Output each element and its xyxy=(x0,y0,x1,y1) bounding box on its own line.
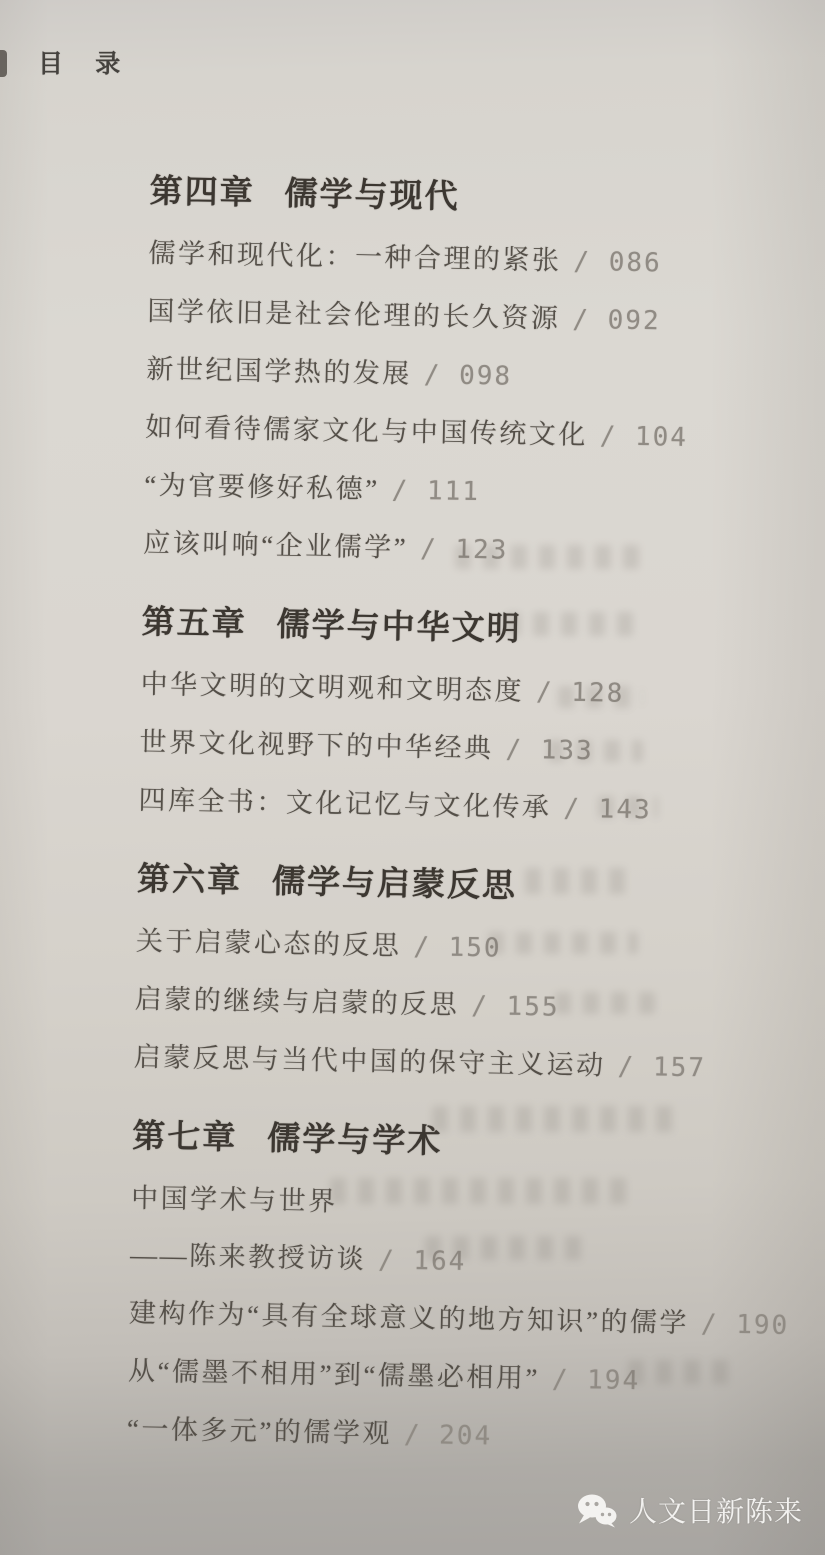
toc-entry: “一体多元”的儒学观/ 204 xyxy=(127,1414,782,1457)
entry-page-ref: / 190 xyxy=(701,1309,790,1341)
toc-entry: 启蒙反思与当代中国的保守主义运动/ 157 xyxy=(133,1042,788,1085)
entry-list: 中国学术与世界 ——陈来教授访谈/ 164 建构作为“具有全球意义的地方知识”的… xyxy=(127,1183,787,1457)
entry-text: 四库全书：文化记忆与文化传承 xyxy=(138,785,551,823)
bleed-through-smudge xyxy=(488,932,638,954)
toc-entry: 启蒙的继续与启蒙的反思/ 155 xyxy=(135,984,790,1027)
chapter-title: 儒学与学术 xyxy=(267,1121,443,1160)
bleed-through-smudge xyxy=(558,686,643,708)
chapter-title: 儒学与中华文明 xyxy=(276,607,522,647)
toc-section: 第五章儒学与中华文明 中华文明的文明观和文明态度/ 128 世界文化视野下的中华… xyxy=(138,603,797,828)
toc-entry: 关于启蒙心态的反思/ 150 xyxy=(136,926,791,969)
entry-page-ref: / 086 xyxy=(573,247,662,279)
chapter-number: 第六章 xyxy=(137,862,243,900)
chapter-heading: 第四章儒学与现代 xyxy=(149,172,805,224)
entry-text: 新世纪国学热的发展 xyxy=(146,354,412,389)
bleed-through-smudge xyxy=(505,612,635,636)
toc-sections: 第四章儒学与现代 儒学和现代化：一种合理的紧张/ 086 国学依旧是社会伦理的长… xyxy=(127,172,805,1457)
toc-header-title: 目 录 xyxy=(38,51,122,78)
entry-text: “为官要修好私德” xyxy=(144,470,380,504)
bleed-through-smudge xyxy=(525,868,635,894)
entry-text: 应该叫响“企业儒学” xyxy=(143,528,408,563)
toc-section: 第六章儒学与启蒙反思 关于启蒙心态的反思/ 150 启蒙的继续与启蒙的反思/ 1… xyxy=(133,860,792,1085)
entry-text: 建构作为“具有全球意义的地方知识”的儒学 xyxy=(129,1298,689,1338)
entry-page-ref: / 204 xyxy=(404,1420,493,1452)
entry-text: 启蒙反思与当代中国的保守主义运动 xyxy=(134,1042,606,1081)
chapter-heading: 第六章儒学与启蒙反思 xyxy=(137,860,793,912)
book-page-photo: 目 录 第四章儒学与现代 儒学和现代化：一种合理的紧张/ 086 国学依旧是社会… xyxy=(0,0,825,1555)
toc-entry: 四库全书：文化记忆与文化传承/ 143 xyxy=(138,785,793,828)
entry-list: 关于启蒙心态的反思/ 150 启蒙的继续与启蒙的反思/ 155 启蒙反思与当代中… xyxy=(133,926,791,1085)
entry-page-ref: / 155 xyxy=(471,991,560,1023)
entry-text: 国学依旧是社会伦理的长久资源 xyxy=(147,296,560,334)
entry-text: 中华文明的文明观和文明态度 xyxy=(140,669,524,706)
entry-page-ref: / 111 xyxy=(391,475,480,507)
toc-entry: 国学依旧是社会伦理的长久资源/ 092 xyxy=(147,296,802,339)
chapter-heading: 第五章儒学与中华文明 xyxy=(141,603,797,655)
toc-entry: 建构作为“具有全球意义的地方知识”的儒学/ 190 xyxy=(129,1298,784,1341)
bleed-through-smudge xyxy=(548,740,643,762)
toc-section: 第四章儒学与现代 儒学和现代化：一种合理的紧张/ 086 国学依旧是社会伦理的长… xyxy=(143,172,805,571)
toc-entry: “为官要修好私德”/ 111 xyxy=(144,470,799,513)
toc-entry: 世界文化视野下的中华经典/ 133 xyxy=(139,727,794,770)
entry-text: 如何看待儒家文化与中国传统文化 xyxy=(145,412,588,450)
entry-text: 从“儒墨不相用”到“儒墨必相用” xyxy=(128,1356,540,1394)
entry-list: 儒学和现代化：一种合理的紧张/ 086 国学依旧是社会伦理的长久资源/ 092 … xyxy=(143,238,804,571)
entry-page-ref: / 098 xyxy=(424,360,513,392)
chapter-number: 第七章 xyxy=(132,1119,238,1157)
entry-text: ——陈来教授访谈 xyxy=(130,1240,367,1274)
toc-entry: 中华文明的文明观和文明态度/ 128 xyxy=(140,669,795,712)
bleed-through-smudge xyxy=(598,796,658,818)
entry-page-ref: / 092 xyxy=(572,305,661,337)
entry-text: 启蒙的继续与启蒙的反思 xyxy=(135,984,460,1020)
toc-section: 第七章儒学与学术 中国学术与世界 ——陈来教授访谈/ 164 建构作为“具有全球… xyxy=(127,1117,788,1457)
toc-header: 目 录 xyxy=(38,44,122,80)
entry-text: “一体多元”的儒学观 xyxy=(127,1414,392,1449)
toc-entry: 儒学和现代化：一种合理的紧张/ 086 xyxy=(148,238,803,281)
entry-page-ref: / 157 xyxy=(617,1052,706,1084)
page-edge-mark xyxy=(0,50,7,77)
entry-text: 儒学和现代化：一种合理的紧张 xyxy=(148,238,561,276)
bleed-through-smudge xyxy=(455,545,640,569)
watermark: 人文日新陈来 xyxy=(575,1490,803,1530)
watermark-text: 人文日新陈来 xyxy=(629,1490,803,1530)
bleed-through-smudge xyxy=(628,1360,733,1384)
entry-list: 中华文明的文明观和文明态度/ 128 世界文化视野下的中华经典/ 133 四库全… xyxy=(138,669,796,828)
chapter-number: 第四章 xyxy=(149,174,255,212)
toc-content: 第四章儒学与现代 儒学和现代化：一种合理的紧张/ 086 国学依旧是社会伦理的长… xyxy=(0,169,825,1484)
entry-page-ref: / 104 xyxy=(599,421,688,453)
toc-entry: 新世纪国学热的发展/ 098 xyxy=(146,354,801,397)
bleed-through-smudge xyxy=(425,1236,590,1260)
wechat-icon xyxy=(575,1492,619,1528)
bleed-through-smudge xyxy=(555,992,655,1014)
bleed-through-smudge xyxy=(432,1106,682,1132)
toc-entry: 如何看待儒家文化与中国传统文化/ 104 xyxy=(145,412,800,455)
chapter-title: 儒学与现代 xyxy=(284,176,460,215)
entry-text: 中国学术与世界 xyxy=(131,1183,338,1217)
chapter-number: 第五章 xyxy=(141,605,247,643)
entry-text: 关于启蒙心态的反思 xyxy=(136,926,402,961)
bleed-through-smudge xyxy=(330,1178,630,1204)
entry-text: 世界文化视野下的中华经典 xyxy=(139,727,493,763)
chapter-title: 儒学与启蒙反思 xyxy=(272,864,518,904)
